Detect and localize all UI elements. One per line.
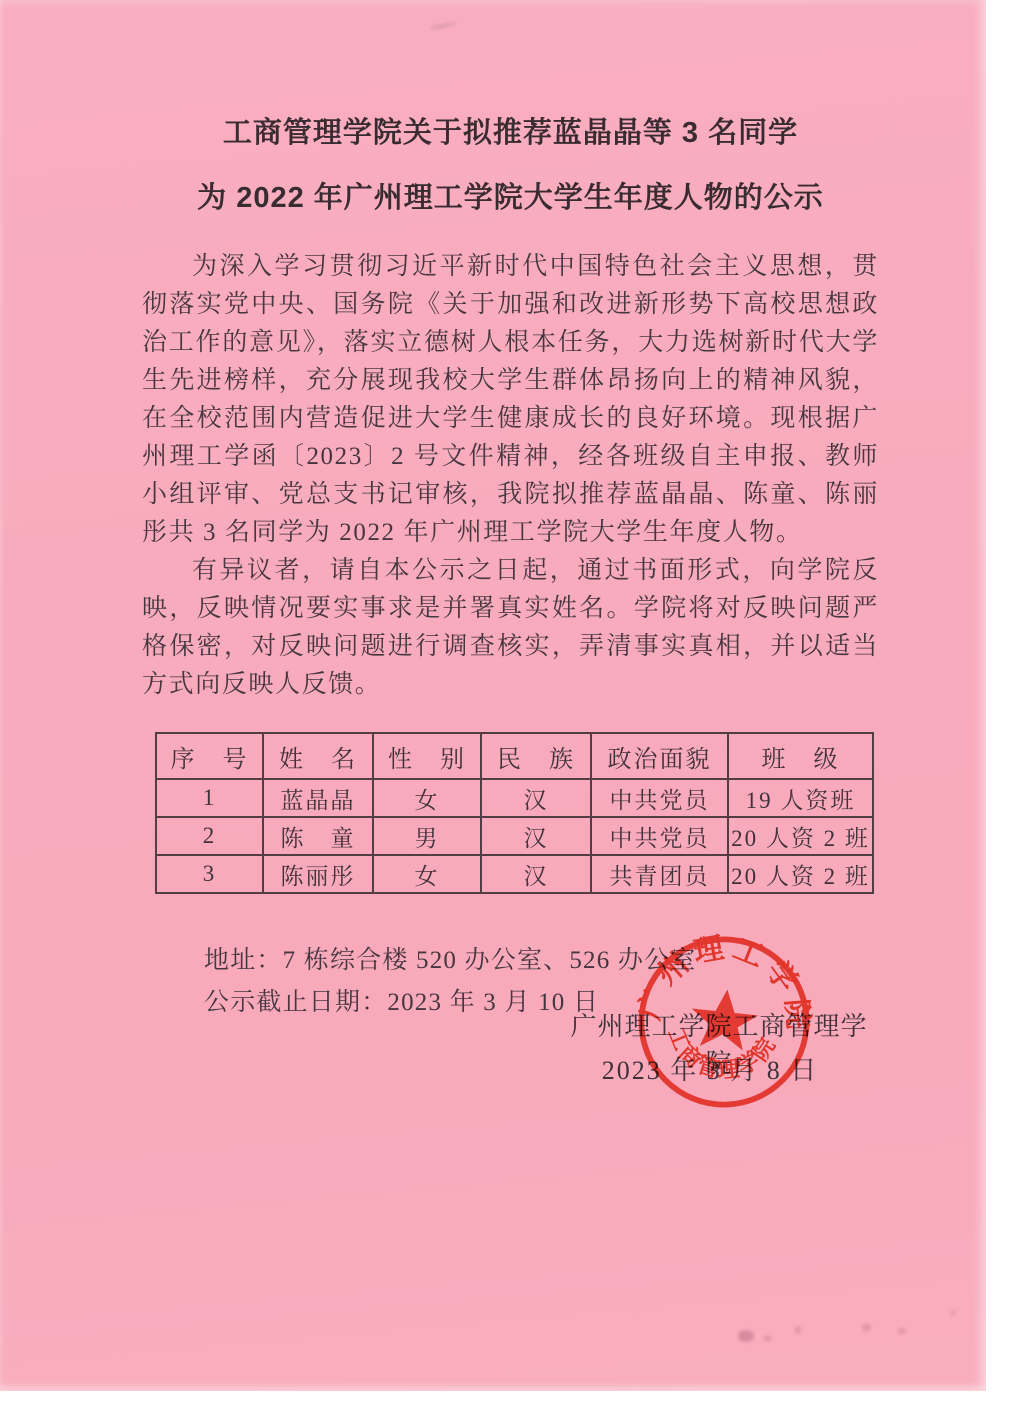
table-row: 3 陈丽彤 女 汉 共青团员 20 人资 2 班 (156, 855, 873, 893)
cell-political-status: 共青团员 (591, 855, 728, 893)
cell-seq: 2 (156, 817, 263, 855)
document-title-line-1: 工商管理学院关于拟推荐蓝晶晶等 3 名同学 (142, 110, 879, 151)
cell-ethnicity: 汉 (481, 779, 591, 817)
scan-smudge (764, 1336, 771, 1341)
document-content: 工商管理学院关于拟推荐蓝晶晶等 3 名同学 为 2022 年广州理工学院大学生年… (142, 0, 879, 1024)
scan-smudge (862, 1324, 871, 1331)
cell-name: 陈丽彤 (263, 855, 373, 893)
scanned-page: 工商管理学院关于拟推荐蓝晶晶等 3 名同学 为 2022 年广州理工学院大学生年… (0, 0, 1024, 1408)
header-political-status: 政治面貌 (591, 733, 728, 779)
cell-political-status: 中共党员 (591, 817, 728, 855)
paragraph-1: 为深入学习贯彻习近平新时代中国特色社会主义思想，贯彻落实党中央、国务院《关于加强… (142, 248, 879, 552)
cell-name: 陈 童 (263, 817, 373, 855)
cell-gender: 女 (373, 779, 481, 817)
header-class: 班 级 (728, 733, 873, 779)
body-text: 为深入学习贯彻习近平新时代中国特色社会主义思想，贯彻落实党中央、国务院《关于加强… (142, 248, 879, 704)
cell-ethnicity: 汉 (481, 855, 591, 893)
pink-paper: 工商管理学院关于拟推荐蓝晶晶等 3 名同学 为 2022 年广州理工学院大学生年… (0, 0, 986, 1391)
cell-gender: 男 (373, 817, 481, 855)
paragraph-2: 有异议者，请自本公示之日起，通过书面形式，向学院反映，反映情况要实事求是并署真实… (142, 552, 879, 704)
seal-star-icon (688, 986, 761, 1052)
cell-gender: 女 (373, 855, 481, 893)
cell-seq: 1 (156, 779, 263, 817)
table-header-row: 序 号 姓 名 性 别 民 族 政治面貌 班 级 (156, 733, 873, 779)
cell-name: 蓝晶晶 (263, 779, 373, 817)
official-seal: 广州理工学院 工商管理学院 (618, 916, 829, 1127)
scan-smudge (950, 1310, 955, 1315)
scan-background-bottom (0, 1391, 1024, 1408)
header-ethnicity: 民 族 (481, 733, 591, 779)
scan-background-right (986, 0, 1024, 1408)
cell-class: 20 人资 2 班 (728, 817, 873, 855)
scan-smudge (795, 1326, 801, 1334)
header-gender: 性 别 (373, 733, 481, 779)
cell-seq: 3 (156, 855, 263, 893)
document-title-line-2: 为 2022 年广州理工学院大学生年度人物的公示 (142, 175, 879, 216)
cell-class: 19 人资班 (728, 779, 873, 817)
cell-ethnicity: 汉 (481, 817, 591, 855)
scan-smudge (898, 1328, 906, 1334)
header-name: 姓 名 (263, 733, 373, 779)
table-row: 2 陈 童 男 汉 中共党员 20 人资 2 班 (156, 817, 873, 855)
cell-class: 20 人资 2 班 (728, 855, 873, 893)
scan-smudge (738, 1330, 754, 1342)
student-table: 序 号 姓 名 性 别 民 族 政治面貌 班 级 1 蓝晶晶 女 汉 中共党员 … (155, 732, 874, 894)
header-seq: 序 号 (156, 733, 263, 779)
cell-political-status: 中共党员 (591, 779, 728, 817)
table-row: 1 蓝晶晶 女 汉 中共党员 19 人资班 (156, 779, 873, 817)
